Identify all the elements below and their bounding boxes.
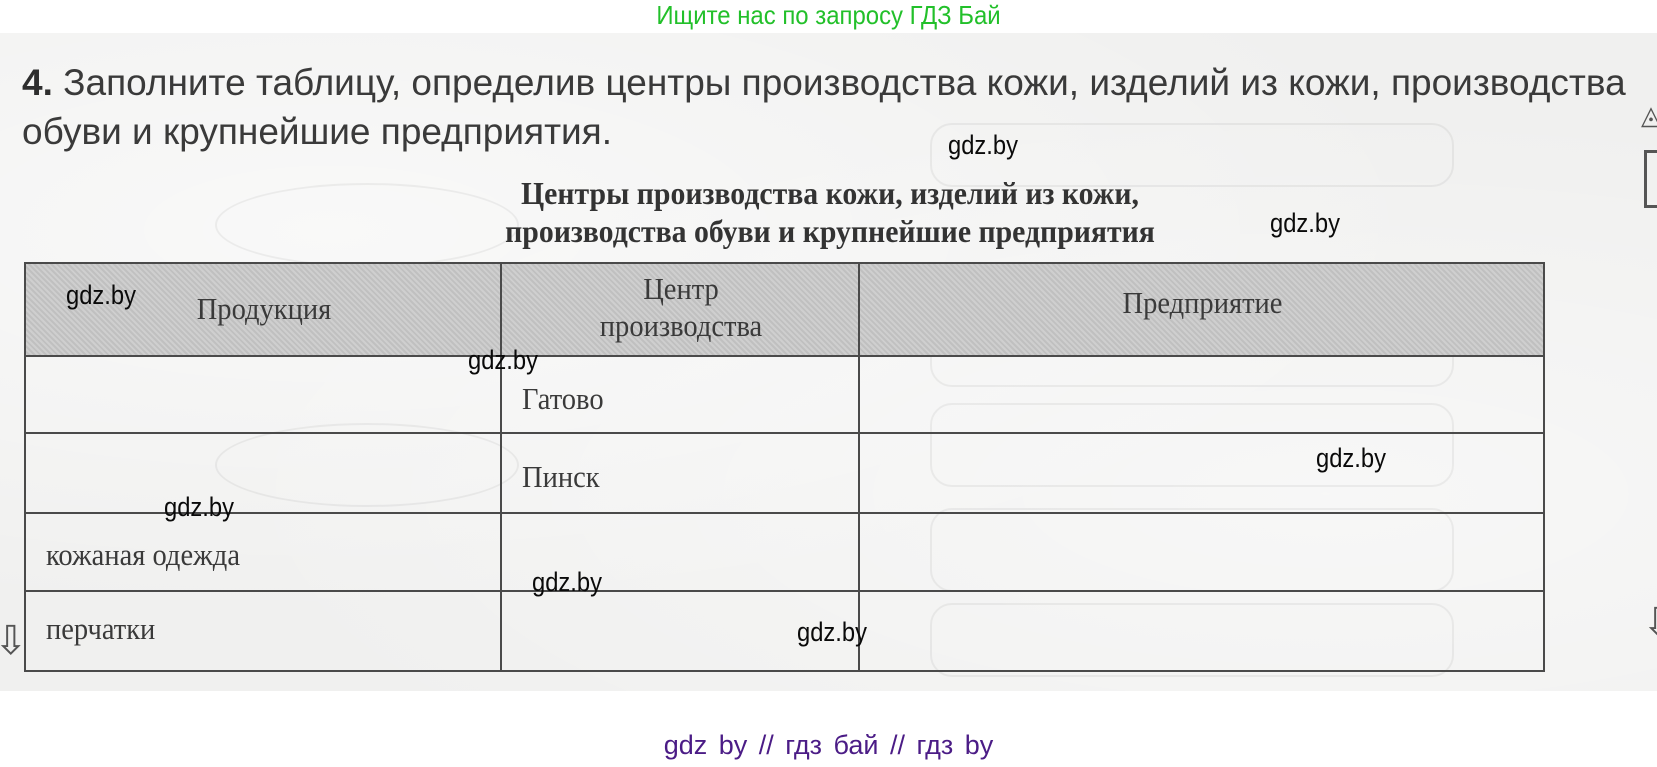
watermark: gdz.by [1270, 208, 1340, 239]
footer-watermark: gdz by // гдз бай // гдз by [0, 730, 1657, 760]
triangle-icon: ◬ [1641, 100, 1657, 131]
column-divider [858, 264, 860, 670]
header-center: Центр производства [516, 270, 845, 344]
watermark: gdz.by [468, 345, 538, 376]
bracket-fragment [1644, 150, 1657, 208]
search-hint-banner: Ищите нас по запросу ГДЗ Бай [66, 0, 1590, 33]
row-divider [26, 355, 1543, 357]
watermark: gdz.by [164, 492, 234, 523]
header-center-line-1: Центр [516, 270, 845, 307]
watermark: gdz.by [797, 617, 867, 648]
header-enterprise: Предприятие [887, 284, 1517, 321]
cell-product: кожаная одежда [46, 536, 240, 573]
header-center-line-2: производства [516, 307, 845, 344]
arrow-down-icon: ⇩ [1642, 600, 1657, 646]
task-number: 4. [22, 62, 53, 103]
table-title-line-1: Центры производства кожи, изделий из кож… [412, 174, 1249, 212]
task-text: Заполните таблицу, определив центры прои… [22, 62, 1626, 152]
cell-product: перчатки [46, 610, 155, 647]
cell-center: Гатово [522, 380, 604, 417]
table-title-line-2: производства обуви и крупнейшие предприя… [412, 212, 1249, 250]
table-title: Центры производства кожи, изделий из кож… [412, 174, 1249, 250]
watermark: gdz.by [1316, 443, 1386, 474]
column-divider [500, 264, 502, 670]
arrow-down-icon: ⇩ [0, 618, 28, 664]
watermark: gdz.by [948, 130, 1018, 161]
task-instruction: 4. Заполните таблицу, определив центры п… [22, 58, 1642, 156]
row-divider [26, 432, 1543, 434]
watermark: gdz.by [66, 280, 136, 311]
row-divider [26, 590, 1543, 592]
watermark: gdz.by [532, 567, 602, 598]
row-divider [26, 512, 1543, 514]
cell-center: Пинск [522, 458, 600, 495]
